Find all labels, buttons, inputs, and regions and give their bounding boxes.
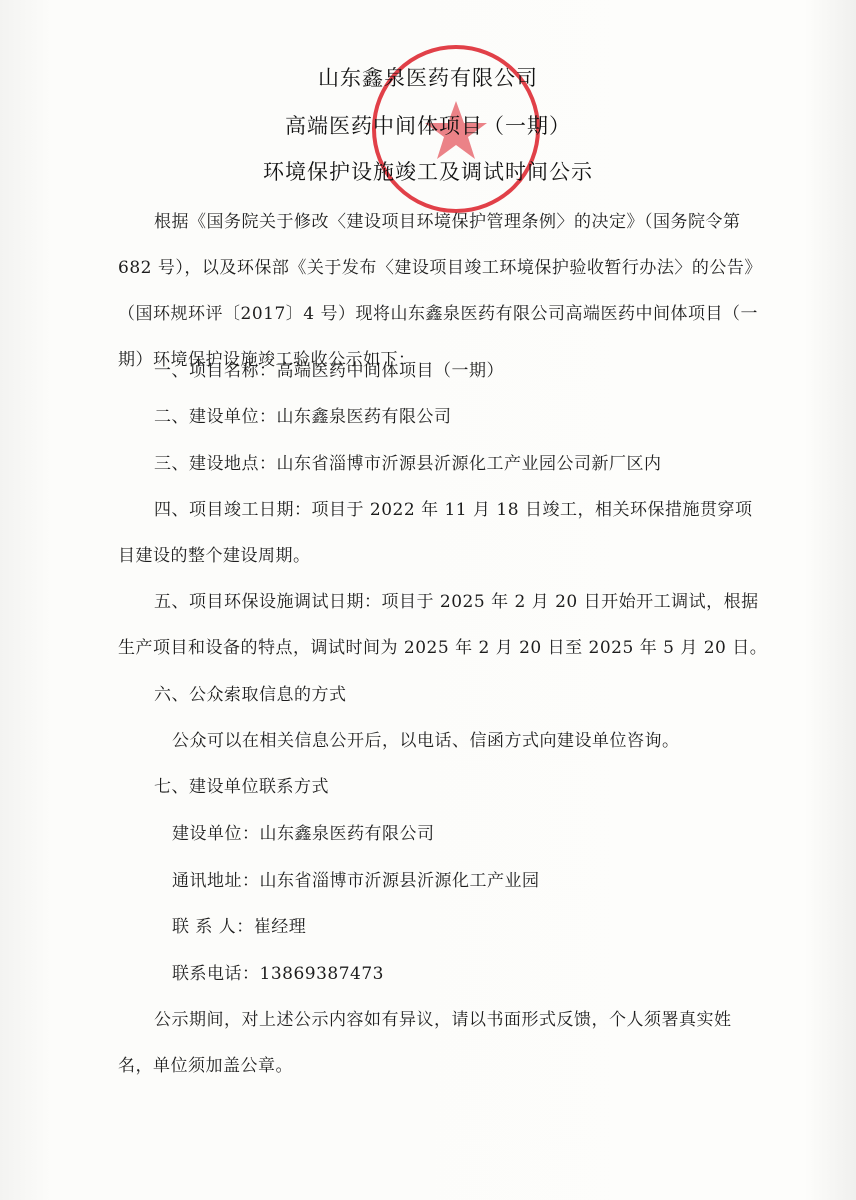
item-completion-date: 四、项目竣工日期：项目于 2022 年 11 月 18 日竣工，相关环保措施贯穿… — [154, 495, 752, 520]
contact-unit-value: 山东鑫泉医药有限公司 — [260, 824, 435, 844]
contact-unit: 建设单位：山东鑫泉医药有限公司 — [172, 819, 435, 844]
contact-phone: 联系电话：13869387473 — [172, 959, 384, 984]
closing-line: 名，单位须加盖公章。 — [118, 1051, 293, 1076]
item-completion-date-cont: 目建设的整个建设周期。 — [118, 541, 311, 566]
notice-title: 环境保护设施竣工及调试时间公示 — [0, 156, 856, 186]
item-construction-site: 三、建设地点：山东省淄博市沂源县沂源化工产业园公司新厂区内 — [154, 449, 662, 474]
intro-line: （国环规环评〔2017〕4 号）现将山东鑫泉医药有限公司高端医药中间体项目（一 — [118, 299, 758, 324]
company-title: 山东鑫泉医药有限公司 — [0, 62, 856, 92]
contact-phone-label: 联系电话： — [172, 964, 260, 984]
contact-unit-label: 建设单位： — [172, 824, 260, 844]
item-public-access-body: 公众可以在相关信息公开后，以电话、信函方式向建设单位咨询。 — [172, 726, 680, 751]
item-debug-date: 五、项目环保设施调试日期：项目于 2025 年 2 月 20 日开始开工调试，根… — [154, 587, 759, 612]
item-construction-unit: 二、建设单位：山东鑫泉医药有限公司 — [154, 402, 452, 427]
item-contact-heading: 七、建设单位联系方式 — [154, 772, 329, 797]
contact-phone-value: 13869387473 — [260, 964, 384, 984]
item-project-name: 一、项目名称：高端医药中间体项目（一期） — [154, 356, 504, 381]
project-title: 高端医药中间体项目（一期） — [0, 110, 856, 140]
contact-address-value: 山东省淄博市沂源县沂源化工产业园 — [260, 871, 540, 891]
contact-person: 联 系 人：崔经理 — [172, 912, 306, 937]
closing-line: 公示期间，对上述公示内容如有异议，请以书面形式反馈，个人须署真实姓 — [154, 1005, 732, 1030]
document-page: 山东鑫泉医药有限公司 高端医药中间体项目（一期） 环境保护设施竣工及调试时间公示… — [0, 0, 856, 1200]
item-public-access: 六、公众索取信息的方式 — [154, 680, 347, 705]
intro-line: 682 号），以及环保部《关于发布〈建设项目竣工环境保护验收暂行办法〉的公告》 — [118, 253, 762, 278]
contact-person-label: 联 系 人： — [172, 917, 254, 937]
intro-line: 根据《国务院关于修改〈建设项目环境保护管理条例〉的决定》（国务院令第 — [154, 207, 741, 232]
contact-person-value: 崔经理 — [254, 917, 307, 937]
contact-address-label: 通讯地址： — [172, 871, 260, 891]
contact-address: 通讯地址：山东省淄博市沂源县沂源化工产业园 — [172, 866, 540, 891]
item-debug-date-cont: 生产项目和设备的特点，调试时间为 2025 年 2 月 20 日至 2025 年… — [118, 633, 767, 658]
